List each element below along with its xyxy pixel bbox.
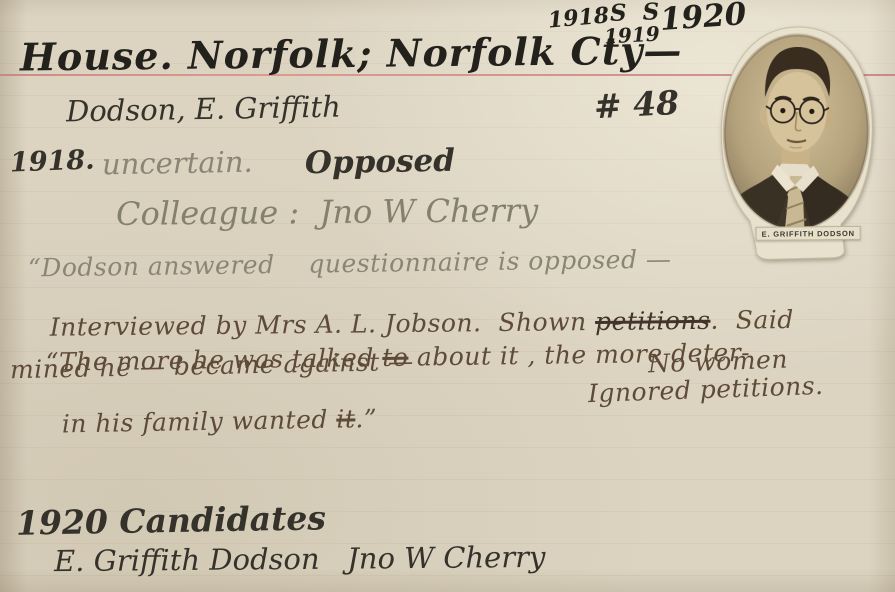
- colleague-line: Colleague : Jno W Cherry: [116, 194, 538, 231]
- note-line-5-struck-word: it: [336, 405, 356, 434]
- note-line-5: in his family wanted it.”: [27, 380, 377, 465]
- stance-status: uncertain.: [102, 147, 253, 180]
- candidates-heading: 1920 Candidates: [16, 501, 326, 541]
- stance-position: Opposed: [305, 145, 455, 180]
- note-line-5-pre: in his family wanted: [62, 405, 337, 439]
- candidates-names: E. Griffith Dodson Jno W Cherry: [54, 542, 546, 577]
- stance-year: 1918.: [10, 147, 95, 178]
- photo-caption: E. GRIFFITH DODSON: [756, 226, 861, 241]
- card-number: # 48: [593, 86, 680, 125]
- note-line-5-right: Ignored petitions.: [588, 373, 824, 407]
- legislator-name: Dodson, E. Griffith: [66, 92, 341, 127]
- card-title: House. Norfolk; Norfolk Cty—: [20, 31, 683, 78]
- note-line-5-post: .”: [355, 404, 377, 433]
- index-card: 1918 S S 1919 1920 House. Norfolk; Norfo…: [0, 0, 895, 592]
- note-line-1: “Dodson answered questionnaire is oppose…: [28, 247, 672, 282]
- portrait-photo: E. GRIFFITH DODSON: [707, 22, 887, 264]
